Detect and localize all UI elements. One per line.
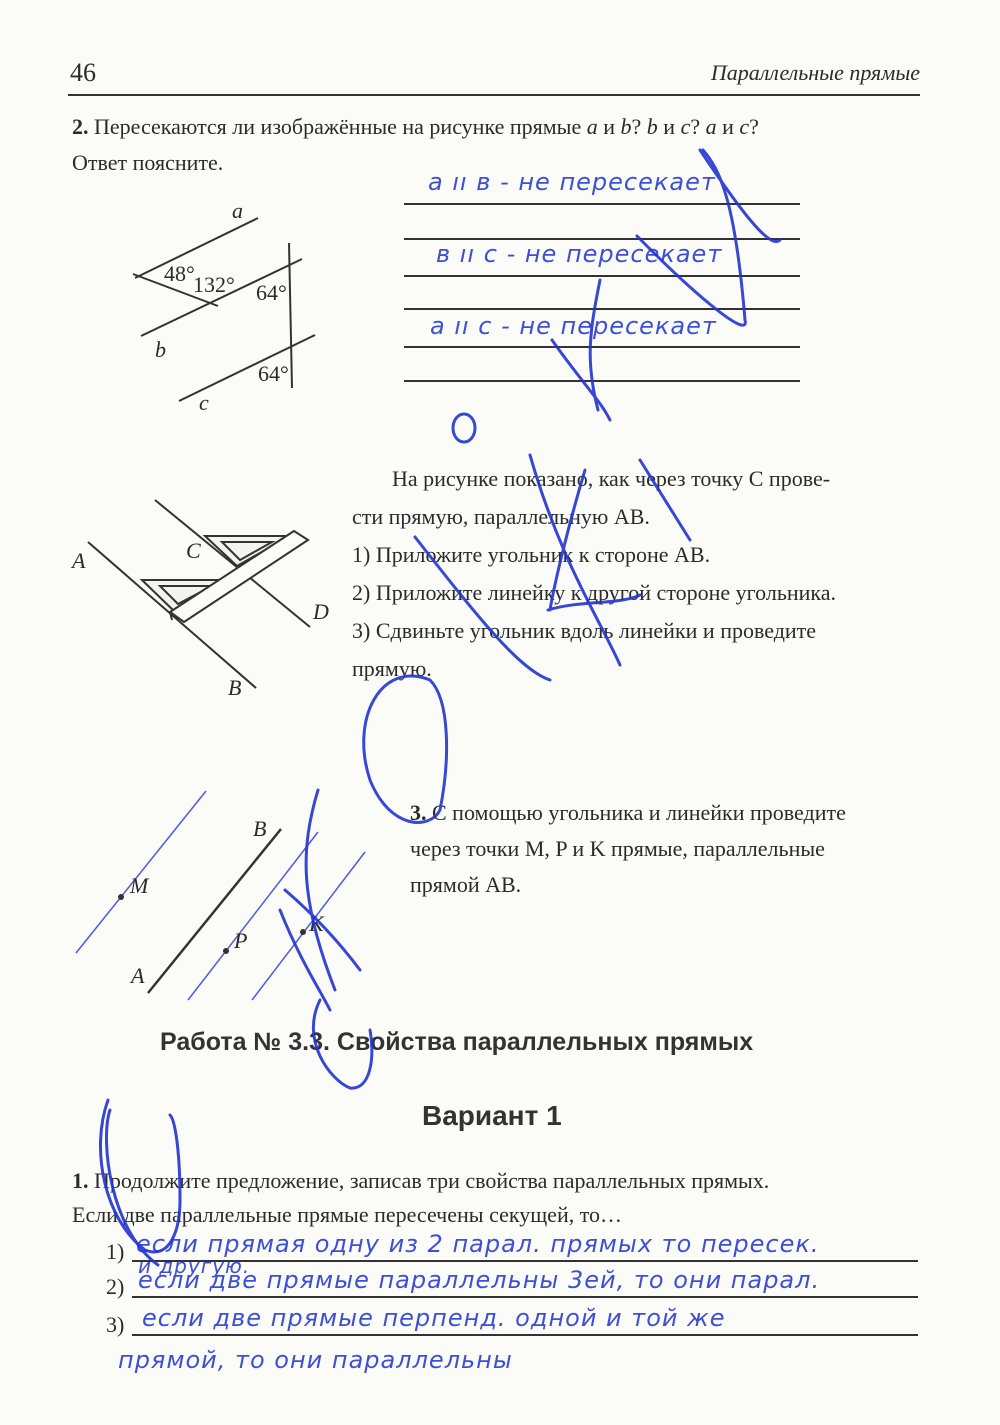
teacher-ink-marks (0, 0, 1000, 1425)
